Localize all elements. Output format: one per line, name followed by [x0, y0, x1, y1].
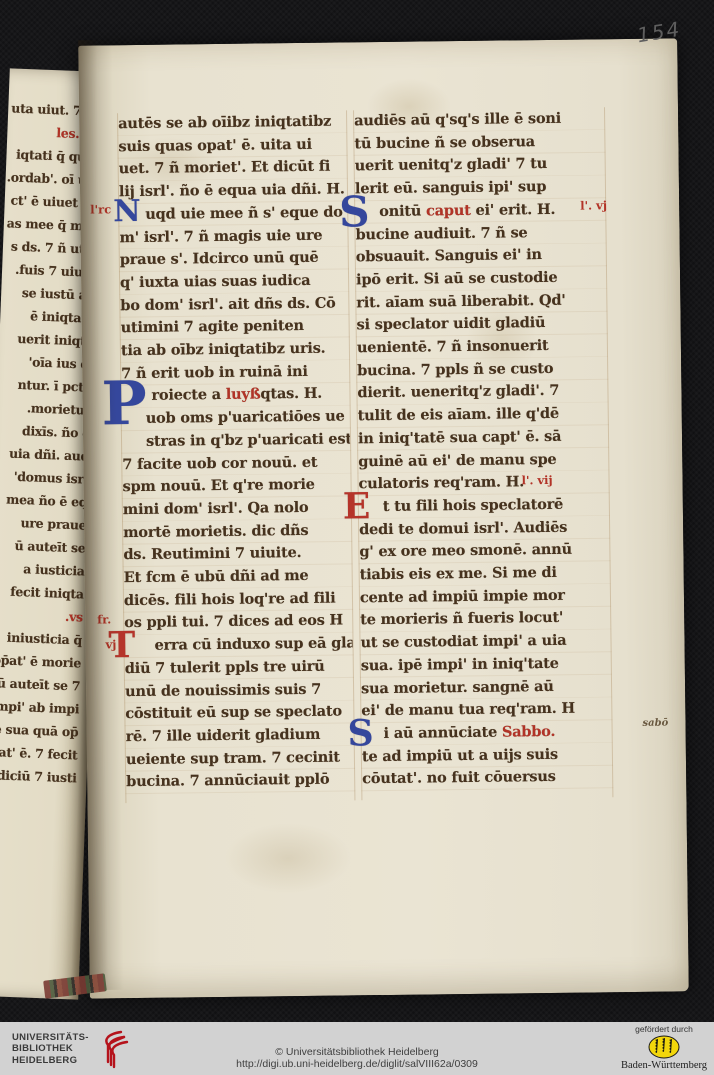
manuscript-line: tia ab oībz iniqtatibz uris. [121, 337, 349, 362]
manuscript-line: te morieris ñ fueris locut' [360, 607, 610, 633]
manuscript-line: rit. aīam suā liberabit. Qd' [356, 289, 606, 315]
manuscript-text: te morieris ñ fueris locut' [360, 609, 563, 628]
manuscript-page: autēs se ab oīibz iniqtatibzsuis quas op… [78, 38, 689, 998]
manuscript-text: 7 ñ erit uob in ruinā ini [121, 363, 308, 382]
manuscript-text: utimini 7 agite peniten [121, 317, 304, 336]
manuscript-line: q' iuxta uias suas iudica [120, 269, 348, 294]
manuscript-line: ei' de manu tua req'ram. H [361, 698, 611, 724]
manuscript-text: uerit uenitq'z gladi' 7 tu [355, 155, 548, 174]
source-url: http://digi.ub.uni-heidelberg.de/diglit/… [236, 1059, 478, 1071]
manuscript-text: uet. 7 ñ moriet'. Et dicūt fi [119, 158, 331, 178]
margin-note: sabō [642, 717, 668, 728]
manuscript-text: tū bucine ñ se obserua [354, 133, 535, 152]
manuscript-text: sua. ipē impi' in iniq'tate [361, 655, 559, 674]
library-branding: UNIVERSITÄTS- BIBLIOTHEK HEIDELBERG [12, 1029, 129, 1069]
manuscript-text: lij isrl'. ño ē equa uia dñi. H. [119, 181, 345, 201]
funder-name-text: Baden-Württemberg [618, 1060, 710, 1071]
manuscript-line: 7 facite uob cor nouū. et [122, 451, 350, 476]
manuscript-text: rit. aīam suā liberabit. Qd' [356, 291, 565, 311]
manuscript-text: obsuauit. Sanguis ei' in [356, 246, 542, 265]
manuscript-line: morietur. [0, 395, 91, 422]
manuscript-text: g' ex ore meo smonē. annū [359, 541, 572, 561]
manuscript-line: bo dom' isrl'. ait dñs ds. Cō [120, 292, 348, 317]
library-name-line: UNIVERSITÄTS- [12, 1032, 89, 1044]
manuscript-text: caput [426, 202, 471, 220]
manuscript-text: uqd uie mee ñ s' eque do [145, 203, 343, 222]
manuscript-line: uob oms p'uaricatiōes ue [122, 406, 350, 431]
manuscript-text: ueiente sup tram. 7 cecinit [126, 748, 340, 768]
manuscript-line: ū auteīt se [0, 533, 86, 560]
manuscript-line: op̄at' ē morie [0, 648, 82, 675]
manuscript-text: mortē morietis. dic dñs [123, 522, 308, 541]
manuscript-line: ntur. ī pcto [0, 372, 92, 399]
manuscript-text: at' ē. 7 fecit [0, 744, 78, 762]
manuscript-text: domus isrl' [13, 469, 88, 487]
manuscript-text: te ad impiū ut a uijs suis [362, 746, 558, 765]
manuscript-line: tulit de eis aīam. ille q'dē [358, 402, 608, 428]
manuscript-text: cōstituit eū sup se speclato [125, 703, 342, 723]
manuscript-line: bucine audiuit. 7 ñ se [355, 221, 605, 247]
manuscript-line: praue s'. Idcirco unū quē [120, 247, 348, 272]
illuminated-initial: S [339, 193, 370, 231]
manuscript-line: in iniq'tatē sua capt' ē. sā [358, 425, 608, 451]
manuscript-line: diū 7 tulerit ppls tre uirū [125, 655, 353, 680]
baden-wuerttemberg-crest-icon [647, 1035, 681, 1059]
manuscript-text: unū de nouissimis suis 7 [125, 680, 321, 699]
manuscript-line: uerit uenitq'z gladi' 7 tu [355, 153, 605, 179]
manuscript-text: te sua quā op̄ [0, 721, 79, 739]
manuscript-text: si speclator uidit gladiū [357, 314, 546, 333]
manuscript-line: g' ex ore meo smonē. annū [359, 539, 609, 565]
manuscript-text: diū 7 tulerit ppls tre uirū [125, 658, 325, 677]
manuscript-text: vs. [65, 609, 83, 625]
library-name-line: HEIDELBERG [12, 1055, 89, 1067]
manuscript-line: uqd uie mee ñ s' eque do [119, 201, 347, 226]
manuscript-text: praue s'. Idcirco unū quē [120, 249, 319, 268]
manuscript-line: culatoris req'ram. H. [358, 470, 608, 496]
manuscript-text: os ppli tui. 7 dices ad eos H [124, 612, 343, 632]
manuscript-text: iudiciū 7 iusti [0, 767, 77, 786]
manuscript-text: tiabis eis ex me. Si me di [360, 564, 557, 583]
manuscript-line: ut se custodiat impi' a uia [360, 629, 610, 655]
manuscript-text: t tu fili hois speclatorē [383, 496, 563, 515]
manuscript-line: ure praue [0, 510, 87, 537]
manuscript-line: uet. 7 ñ moriet'. Et dicūt fi [119, 156, 347, 181]
manuscript-line: erra cū induxo sup eā gla [124, 633, 352, 658]
manuscript-line: sua morietur. sangnē aū [361, 675, 611, 701]
manuscript-text: qtas. H. [260, 385, 322, 403]
manuscript-photo: uta uiut. 7 uōles. lrciqtati q̄ quasorda… [0, 0, 714, 1022]
manuscript-line: cōstituit eū sup se speclato [125, 701, 353, 726]
margin-notes-layer [78, 38, 677, 45]
manuscript-text: iniusticia q̄ [7, 630, 83, 648]
manuscript-text: lerit eū. sanguis ipi' sup [355, 178, 546, 197]
funded-by-text: gefördert durch [618, 1024, 710, 1034]
manuscript-text: rē. 7 ille uiderit gladium [126, 726, 321, 745]
manuscript-line: at' ē. 7 fecit [0, 740, 78, 767]
manuscript-text: onitū [379, 202, 426, 220]
manuscript-text: impi' ab impi [0, 698, 80, 716]
manuscript-text: ut se custodiat impi' a uia [360, 632, 566, 652]
manuscript-line: mini dom' isrl'. Qa nolo [123, 496, 351, 521]
manuscript-line: ueiente sup tram. 7 cecinit [126, 746, 354, 771]
manuscript-text: op̄at' ē morie [0, 652, 81, 670]
manuscript-line: domus isrl' [0, 464, 89, 491]
manuscript-line: te sua quā op̄ [0, 717, 79, 744]
manuscript-text: ei' de manu tua req'ram. H [361, 700, 575, 720]
manuscript-line: lerit eū. sanguis ipi' sup [355, 175, 605, 201]
manuscript-text: ū auteīt se [14, 538, 85, 556]
copyright-text: © Universitätsbibliothek Heidelberg [236, 1047, 478, 1059]
illuminated-initial: N [113, 198, 141, 225]
manuscript-line: bucina. 7 ppls ñ se custo [357, 357, 607, 383]
manuscript-line: guinē aū ei' de manu spe [358, 448, 608, 474]
manuscript-text: audiēs aū q'sq's ille ē soni [354, 110, 561, 130]
manuscript-line: a iusticia [0, 556, 85, 583]
manuscript-line: t tu fili hois speclatorē [359, 493, 609, 519]
manuscript-text: mini dom' isrl'. Qa nolo [123, 499, 309, 518]
manuscript-text: luyß [226, 386, 261, 403]
manuscript-line: mea ño ē eq [0, 487, 88, 514]
manuscript-line: dierit. ueneritq'z gladi'. 7 [357, 380, 607, 406]
manuscript-text: dixīs. ño ē [22, 423, 90, 441]
manuscript-text: tia ab oībz iniqtatibz uris. [121, 340, 326, 359]
funder-block: gefördert durch Baden-Württemberg [618, 1024, 710, 1071]
illuminated-initial: S [347, 717, 373, 750]
manuscript-line: mortē morietis. dic dñs [123, 519, 351, 544]
manuscript-text: suis quas opat' ē. uita ui [118, 136, 312, 155]
manuscript-text: spm nouū. Et q're morie [122, 476, 314, 495]
manuscript-line: i aū annūciate Sabbo. [362, 720, 612, 746]
manuscript-text: morietur. [27, 400, 91, 417]
manuscript-text: tulit de eis aīam. ille q'dē [358, 405, 559, 424]
manuscript-text: in iniq'tatē sua capt' ē. sā [358, 428, 561, 447]
manuscript-text: dicēs. fili hois loq're ad fili [124, 589, 336, 609]
manuscript-line: tū bucine ñ se obserua [354, 130, 604, 156]
manuscript-text: q' iuxta uias suas iudica [120, 272, 311, 291]
manuscript-text: erra cū induxo sup eā gla [154, 635, 352, 654]
text-column-right: audiēs aū q'sq's ille ē sonitū bucine ñ … [353, 107, 613, 800]
manuscript-line: roiecte a luyßqtas. H. [121, 383, 349, 408]
manuscript-line: tiabis eis ex me. Si me di [360, 561, 610, 587]
manuscript-line: vs. [0, 602, 83, 629]
manuscript-line: audiēs aū q'sq's ille ē soni [354, 107, 604, 133]
manuscript-text: fecit iniqta [10, 584, 84, 602]
manuscript-line: si speclator uidit gladiū [357, 312, 607, 338]
manuscript-line: bucina. 7 annūciauit pplō [126, 769, 354, 794]
manuscript-text: dedi te domui isrl'. Audiēs [359, 518, 567, 538]
manuscript-text: ntur. ī pcto [17, 377, 92, 395]
margin-note: l'. vj [580, 198, 607, 212]
manuscript-text: autēs se ab oīibz iniqtatibz [118, 113, 331, 133]
manuscript-text: bucina. 7 ppls ñ se custo [357, 360, 553, 379]
manuscript-line: dixīs. ño ē [0, 418, 90, 445]
manuscript-line: onitū caput ei' erit. H. [355, 198, 605, 224]
illuminated-initial: E [343, 490, 371, 523]
manuscript-line: 7 cū auteīt se [0, 671, 81, 698]
footer-credit: © Universitätsbibliothek Heidelberg http… [236, 1047, 478, 1070]
manuscript-text: ei' erit. H. [471, 201, 556, 219]
manuscript-line: os ppli tui. 7 dices ad eos H [124, 610, 352, 635]
text-column-left: autēs se ab oīibz iniqtatibzsuis quas op… [117, 110, 355, 803]
manuscript-text: m' isrl'. 7 ñ magis uie ure [119, 226, 322, 245]
manuscript-line: utimini 7 agite peniten [121, 315, 349, 340]
manuscript-line: te ad impiū ut a uijs suis [362, 743, 612, 769]
manuscript-text: ure praue [20, 515, 86, 533]
manuscript-text: uia dñi. aud [9, 446, 89, 464]
manuscript-text: roiecte a [151, 386, 225, 404]
manuscript-text: culatoris req'ram. H. [358, 474, 524, 493]
manuscript-text: cōutat'. no fuit cōuersus [362, 768, 556, 787]
manuscript-text: ipō erit. Si aū se custodie [356, 269, 558, 288]
ub-heidelberg-logo-icon [95, 1029, 129, 1069]
manuscript-line: ipō erit. Si aū se custodie [356, 266, 606, 292]
manuscript-text: guinē aū ei' de manu spe [358, 450, 556, 469]
margin-note: l'. vij [521, 473, 552, 487]
manuscript-line: impi' ab impi [0, 694, 80, 721]
manuscript-line: dicēs. fili hois loq're ad fili [124, 587, 352, 612]
manuscript-text: bo dom' isrl'. ait dñs ds. Cō [120, 294, 335, 314]
manuscript-line: Et fcm ē ubū dñi ad me [124, 564, 352, 589]
manuscript-line: fecit iniqta [0, 579, 84, 606]
manuscript-text: cente ad impiū impie mor [360, 587, 565, 607]
manuscript-text: bucine audiuit. 7 ñ se [355, 224, 527, 243]
manuscript-line: sua. ipē impi' in iniq'tate [361, 652, 611, 678]
manuscript-line: iniusticia q̄ [0, 625, 82, 652]
manuscript-line: 7 ñ erit uob in ruinā ini [121, 360, 349, 385]
manuscript-line: uia dñi. aud [0, 441, 89, 468]
manuscript-line: unū de nouissimis suis 7 [125, 678, 353, 703]
manuscript-text: uob oms p'uaricatiōes ue [146, 408, 345, 427]
manuscript-text: i aū annūciate [384, 724, 502, 742]
manuscript-text: sua morietur. sangnē aū [361, 678, 554, 697]
manuscript-text: ds. Reutimini 7 uiuite. [123, 544, 301, 563]
manuscript-text: stras in q'bz p'uaricati estis [146, 430, 350, 450]
manuscript-text: Et fcm ē ubū dñi ad me [124, 567, 309, 586]
manuscript-text: 7 facite uob cor nouū. et [122, 453, 317, 472]
manuscript-line: lij isrl'. ño ē equa uia dñi. H. [119, 179, 347, 204]
manuscript-text: uenientē. 7 ñ insonuerit [357, 337, 549, 356]
manuscript-text: 7 cū auteīt se [0, 675, 80, 693]
manuscript-text: Sabbo. [502, 723, 556, 741]
manuscript-line: rē. 7 ille uiderit gladium [126, 723, 354, 748]
manuscript-line: m' isrl'. 7 ñ magis uie ure [119, 224, 347, 249]
manuscript-line: autēs se ab oīibz iniqtatibz [118, 110, 346, 135]
library-name-line: BIBLIOTHEK [12, 1043, 89, 1055]
manuscript-text: mea ño ē eq [6, 492, 88, 510]
manuscript-line: ds. Reutimini 7 uiuite. [123, 542, 351, 567]
manuscript-text: bucina. 7 annūciauit pplō [126, 771, 329, 790]
manuscript-line: iudiciū 7 iusti [0, 763, 77, 790]
manuscript-text: dierit. ueneritq'z gladi'. 7 [357, 382, 559, 401]
manuscript-line: cōutat'. no fuit cōuersus [362, 766, 612, 792]
manuscript-line: cente ad impiū impie mor [360, 584, 610, 610]
manuscript-line: spm nouū. Et q're morie [122, 474, 350, 499]
footer-bar: UNIVERSITÄTS- BIBLIOTHEK HEIDELBERG © Un… [0, 1022, 714, 1075]
manuscript-line: uenientē. 7 ñ insonuerit [357, 334, 607, 360]
manuscript-line: dedi te domui isrl'. Audiēs [359, 516, 609, 542]
manuscript-text: a iusticia [23, 561, 85, 578]
manuscript-line: stras in q'bz p'uaricati estis [122, 428, 350, 453]
manuscript-line: obsuauit. Sanguis ei' in [356, 243, 606, 269]
manuscript-line: suis quas opat' ē. uita ui [118, 133, 346, 158]
